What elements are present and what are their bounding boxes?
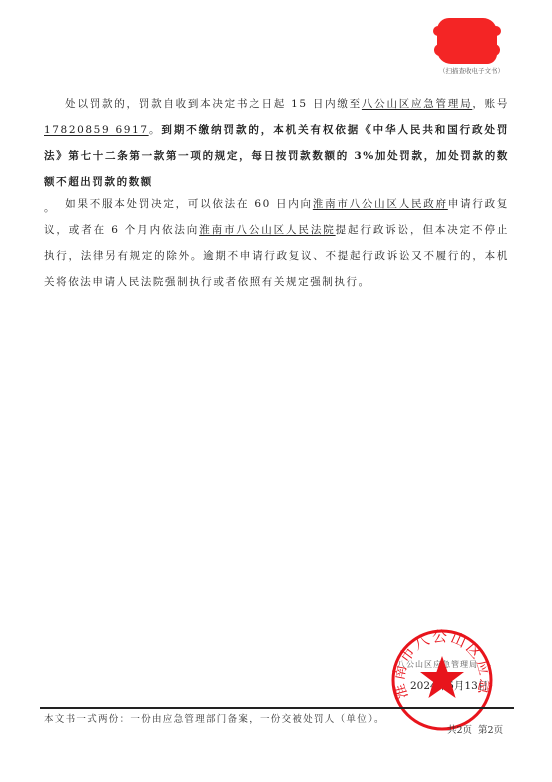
signing-organization: 八公山区应急管理局	[397, 659, 478, 670]
account-number: 17820859 6917	[44, 124, 149, 136]
scan-note: （扫描查收电子文书）	[439, 66, 504, 75]
redacted-qr-code	[437, 18, 497, 64]
signing-date: 2024年5月13日	[410, 678, 488, 693]
court-name: 淮南市八公山区人民法院	[199, 224, 335, 236]
punctuation: 。	[149, 124, 162, 136]
account-label: ，账号	[472, 98, 509, 110]
current-page: 第2页	[478, 725, 503, 736]
payment-text: 处以罚款的，罚款自收到本决定书之日起 15 日内缴至	[65, 98, 362, 110]
appeal-paragraph: 如果不服本处罚决定，可以依法在 60 日内向淮南市八公山区人民政府申请行政复议，…	[44, 191, 509, 295]
payee-name: 八公山区应急管理局	[362, 98, 472, 110]
page-number: 共2页第2页	[447, 722, 503, 736]
footer-divider	[40, 707, 514, 709]
copies-note: 本文书一式两份：一份由应急管理部门备案，一份交被处罚人（单位）。	[44, 711, 385, 725]
government-name: 淮南市八公山区人民政府	[313, 198, 448, 210]
total-pages: 共2页	[447, 725, 472, 736]
appeal-text: 如果不服本处罚决定，可以依法在 60 日内向	[65, 198, 313, 210]
